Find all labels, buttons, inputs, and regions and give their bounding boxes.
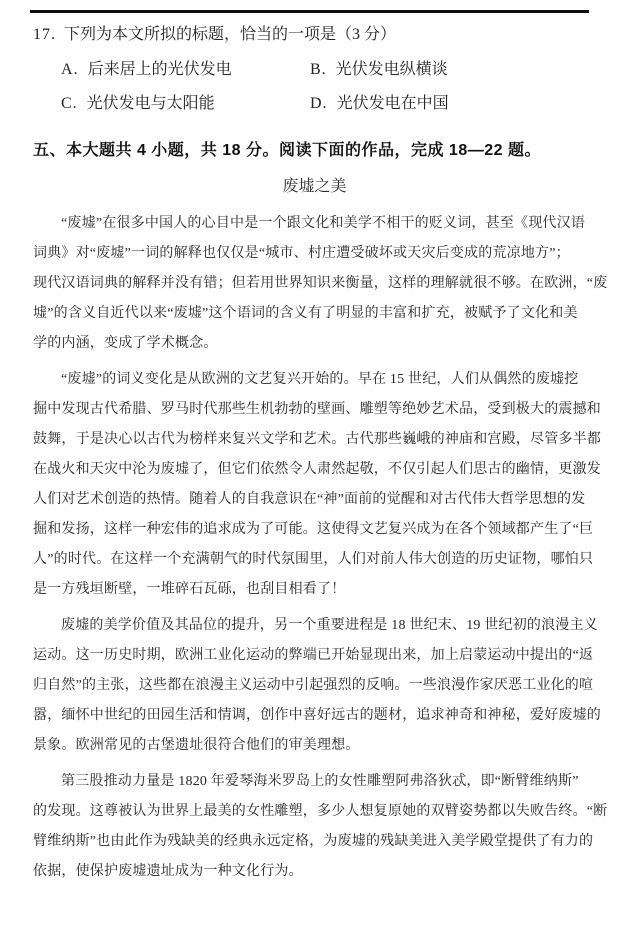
- passage-line: 臂维纳斯”也由此作为残缺美的经典永远定格，为废墟的残缺美进入美学殿堂提供了有力的: [33, 827, 599, 857]
- exam-page: 17.下列为本文所拟的标题，恰当的一项是（3 分） A.后来居上的光伏发电 B.…: [0, 0, 631, 939]
- essay-body: “废墟”在很多中国人的心目中是一个跟文化和美学不相干的贬义词，甚至《现代汉语 词…: [33, 203, 599, 893]
- essay-title: 废墟之美: [33, 176, 596, 197]
- option-d-text: 光伏发电在中国: [337, 95, 449, 112]
- option-a: A.后来居上的光伏发电: [61, 59, 232, 80]
- passage-line: 的发现。这尊被认为世界上最美的女性雕塑，多少人想复原她的双臂姿势都以失败告终。“…: [33, 797, 599, 827]
- question-17-number: 17.: [33, 26, 56, 43]
- option-c: C.光伏发电与太阳能: [61, 93, 215, 114]
- passage-line: 学的内涵，变成了学术概念。: [33, 329, 599, 359]
- question-17: 17.下列为本文所拟的标题，恰当的一项是（3 分）: [33, 24, 601, 45]
- top-rule-divider: [30, 10, 589, 13]
- passage-line: “废墟”的词义变化是从欧洲的文艺复兴开始的。早在 15 世纪，人们从偶然的废墟挖: [33, 365, 599, 395]
- option-c-text: 光伏发电与太阳能: [87, 95, 215, 112]
- option-b-text: 光伏发电纵横谈: [336, 61, 448, 78]
- passage-line: 墟”的含义自近代以来“废墟”这个语词的含义有了明显的丰富和扩充，被赋予了文化和美: [33, 299, 599, 329]
- passage-line: 词典》对“废墟”一词的解释也仅仅是“城市、村庄遭受破坏或天灾后变成的荒凉地方”；: [33, 239, 599, 269]
- passage-line: 掘中发现古代希腊、罗马时代那些生机勃勃的壁画、雕塑等绝妙艺术品，受到极大的震撼和: [33, 395, 599, 425]
- passage-line: 运动。这一历史时期，欧洲工业化运动的弊端已开始显现出来，加上启蒙运动中提出的“返: [33, 641, 599, 671]
- option-b: B.光伏发电纵横谈: [310, 59, 448, 80]
- passage-line: 第三股推动力量是 1820 年爱琴海米罗岛上的女性雕塑阿弗洛狄忒，即“断臂维纳斯…: [33, 767, 599, 797]
- passage-line: 是一方残垣断壁，一堆碎石瓦砾，也刮目相看了！: [33, 575, 599, 605]
- passage-line: 人”的时代。在这样一个充满朝气的时代氛围里，人们对前人伟大创造的历史证物，哪怕只: [33, 545, 599, 575]
- passage-line: 鼓舞，于是决心以古代为榜样来复兴文学和艺术。古代那些巍峨的神庙和宫殿，尽管多半都: [33, 425, 599, 455]
- option-d-label: D.: [310, 95, 328, 112]
- passage-line: 现代汉语词典的解释并没有错；但若用世界知识来衡量，这样的理解就很不够。在欧洲，“…: [33, 269, 599, 299]
- option-c-label: C.: [61, 95, 78, 112]
- option-b-label: B.: [310, 61, 327, 78]
- passage-line: 废墟的美学价值及其品位的提升，另一个重要进程是 18 世纪末、19 世纪初的浪漫…: [33, 611, 599, 641]
- passage-line: 在战火和天灾中沦为废墟了，但它们依然令人肃然起敬，不仅引起人们思古的幽情，更激发: [33, 455, 599, 485]
- option-d: D.光伏发电在中国: [310, 93, 449, 114]
- passage-line: 归自然”的主张，这些都在浪漫主义运动中引起强烈的反响。一些浪漫作家厌恶工业化的喧: [33, 671, 599, 701]
- passage-line: 掘和发扬，这样一种宏伟的追求成为了可能。这使得文艺复兴成为在各个领域都产生了“巨: [33, 515, 599, 545]
- passage-line: “废墟”在很多中国人的心目中是一个跟文化和美学不相干的贬义词，甚至《现代汉语: [33, 209, 599, 239]
- section-5-header: 五、本大题共 4 小题，共 18 分。阅读下面的作品，完成 18—22 题。: [33, 140, 601, 162]
- passage-line: 人们对艺术创造的热情。随着人的自我意识在“神”面前的觉醒和对古代伟大哲学思想的发: [33, 485, 599, 515]
- passage-line: 依据，使保护废墟遗址成为一种文化行为。: [33, 857, 599, 887]
- passage-line: 嚣，缅怀中世纪的田园生活和情调，创作中喜好远古的题材，追求神奇和神秘，爱好废墟的: [33, 701, 599, 731]
- option-a-label: A.: [61, 61, 79, 78]
- question-17-stem: 下列为本文所拟的标题，恰当的一项是（3 分）: [64, 26, 396, 43]
- option-a-text: 后来居上的光伏发电: [88, 61, 232, 78]
- passage-line: 景象。欧洲常见的古堡遗址很符合他们的审美理想。: [33, 731, 599, 761]
